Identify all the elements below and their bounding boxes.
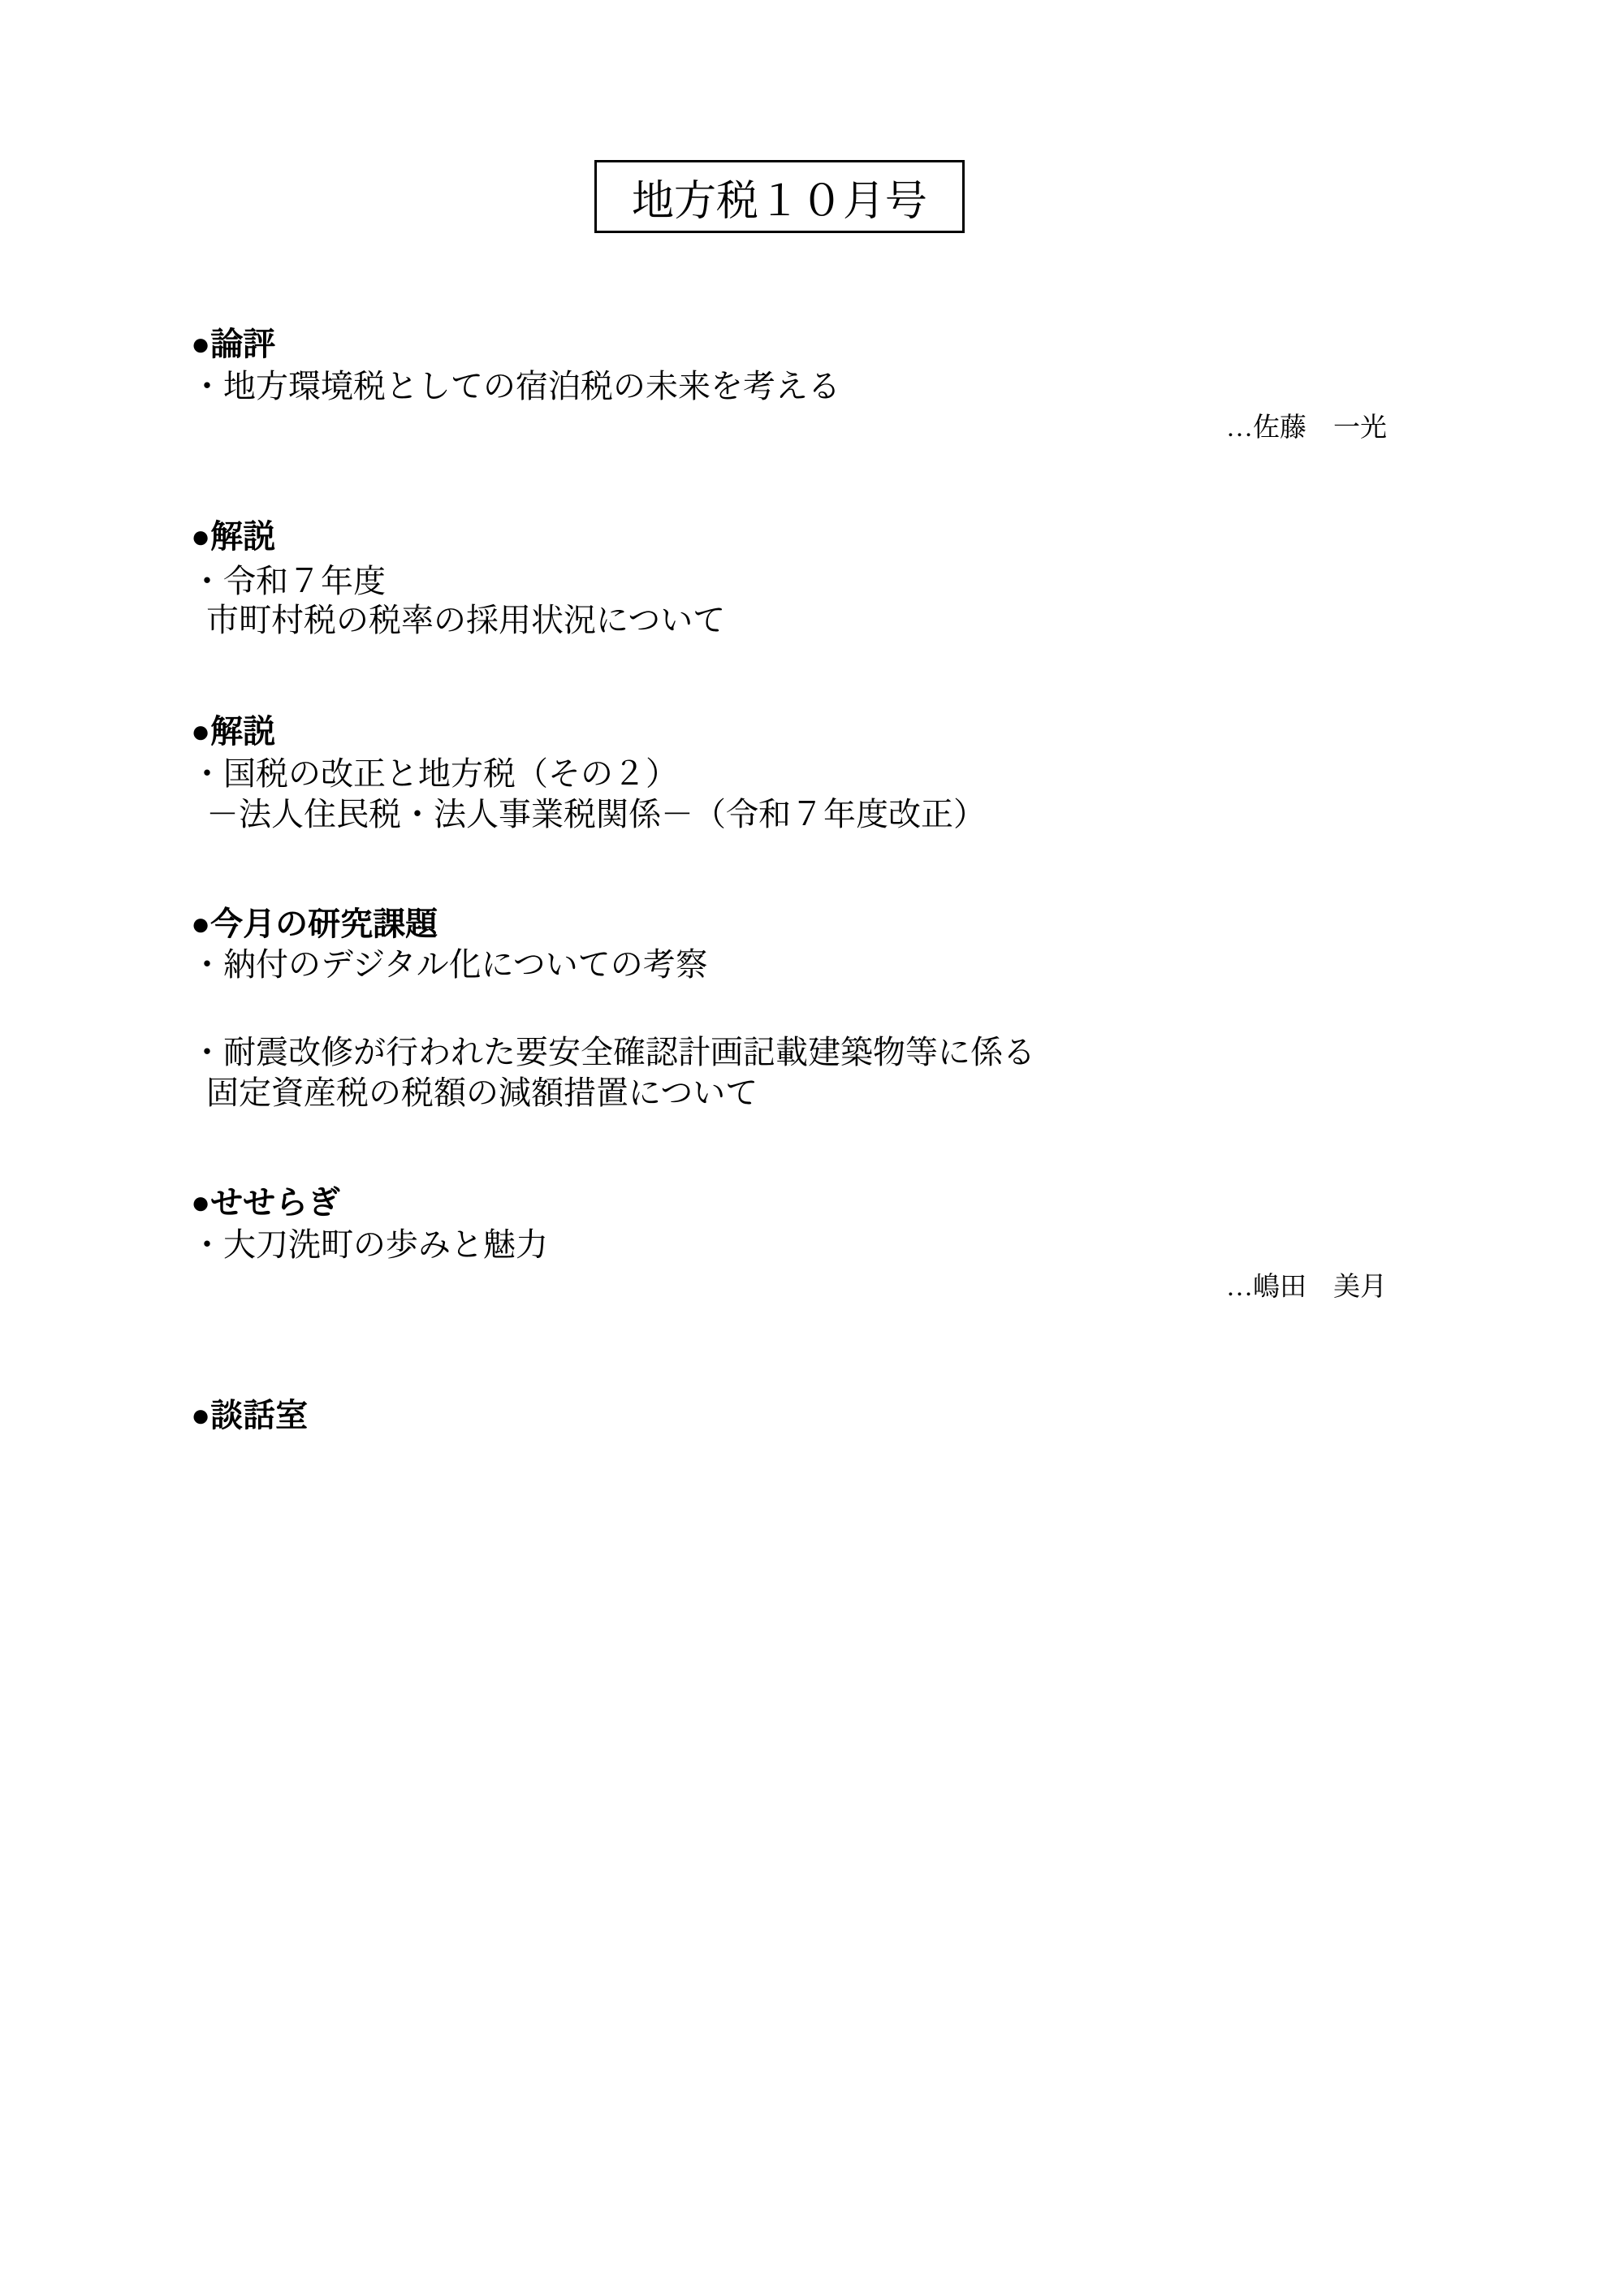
section-heading-seseragi: ●せせらぎ <box>191 1185 340 1221</box>
section-heading-kaisetsu-2: ●解説 <box>191 714 275 750</box>
section-heading-danwashitsu: ●談話室 <box>191 1398 308 1433</box>
toc-item-line: ・地方環境税としての宿泊税の未来を考える <box>191 369 840 404</box>
toc-item-line-continuation: 固定資産税の税額の減額措置について <box>206 1075 758 1111</box>
author-name: …佐藤 一光 <box>1226 413 1387 443</box>
toc-item-line: ・納付のデジタル化についての考察 <box>191 947 708 983</box>
issue-title-box: 地方税１０月号 <box>594 160 965 233</box>
issue-title: 地方税１０月号 <box>632 166 927 227</box>
toc-item-line: ・令和７年度 <box>191 564 386 599</box>
toc-item-line-continuation: 市町村税の税率の採用状況について <box>206 603 725 638</box>
toc-item-line: ・国税の改正と地方税（その２） <box>191 756 678 792</box>
toc-item-line-continuation: －法人住民税・法人事業税関係－（令和７年度改正） <box>206 797 986 832</box>
author-name: …嶋田 美月 <box>1226 1272 1387 1303</box>
toc-item-line: ・耐震改修が行われた要安全確認計画記載建築物等に係る <box>191 1035 1035 1070</box>
document-page: 地方税１０月号 ●論評 ・地方環境税としての宿泊税の未来を考える …佐藤 一光 … <box>0 0 1624 2296</box>
section-heading-kaisetsu-1: ●解説 <box>191 519 275 555</box>
section-heading-kenkyu-kadai: ●今月の研究課題 <box>191 906 438 942</box>
toc-item-line: ・大刀洗町の歩みと魅力 <box>191 1227 548 1263</box>
section-heading-ronpyo: ●論評 <box>191 326 275 362</box>
